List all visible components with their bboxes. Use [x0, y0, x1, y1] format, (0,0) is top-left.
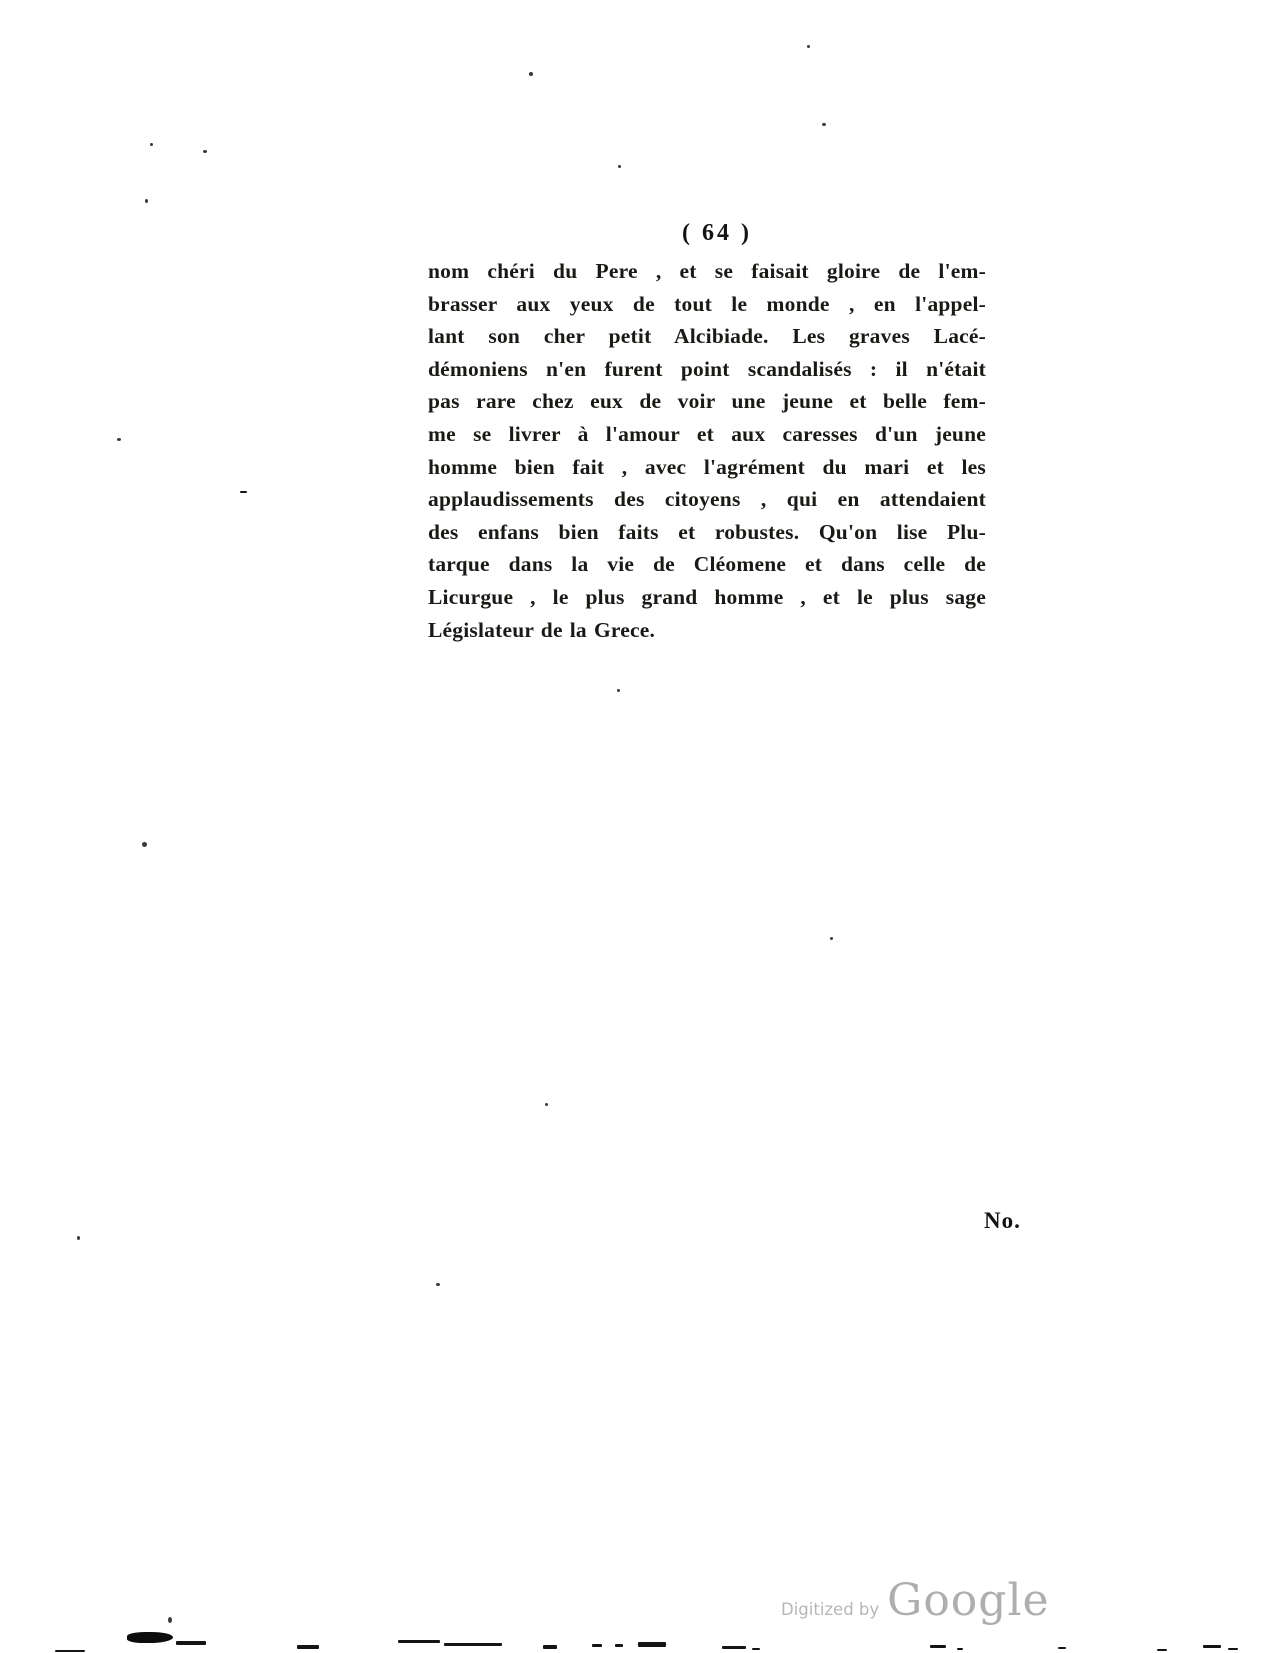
- text-line: démoniens n'en furent point scandalisés …: [428, 353, 986, 386]
- text-line: brasser aux yeux de tout le monde , en l…: [428, 288, 986, 321]
- scan-dash: [1058, 1647, 1066, 1649]
- scan-speck: [618, 165, 621, 168]
- scan-speck: [822, 123, 826, 126]
- scan-dash: [722, 1646, 746, 1649]
- text-line: applaudissements des citoyens , qui en a…: [428, 483, 986, 516]
- text-line: tarque dans la vie de Cléomene et dans c…: [428, 548, 986, 581]
- scan-speck: [545, 1103, 548, 1106]
- scan-dash: [930, 1645, 946, 1648]
- scan-dash: [1228, 1648, 1238, 1650]
- text-line: homme bien fait , avec l'agrément du mar…: [428, 451, 986, 484]
- scan-dash: [297, 1645, 319, 1649]
- scan-dash: [1157, 1649, 1167, 1651]
- scan-dash: [543, 1645, 557, 1649]
- scan-dash: [55, 1650, 85, 1652]
- scan-dash: [444, 1643, 502, 1646]
- scan-speck: [529, 72, 533, 76]
- scan-speck: [617, 689, 620, 692]
- scan-speck: [436, 1283, 440, 1286]
- scan-dash: [176, 1641, 206, 1645]
- scan-speck: [807, 45, 810, 48]
- google-logo: Google: [887, 1575, 1049, 1626]
- scanned-book-page: ( 64 ) nom chéri du Pere , et se faisait…: [0, 0, 1280, 1653]
- scan-dash: [592, 1644, 602, 1647]
- scan-blob: [127, 1632, 173, 1643]
- scan-speck: [77, 1236, 80, 1240]
- text-line: Licurgue , le plus grand homme , et le p…: [428, 581, 986, 614]
- scan-speck: [117, 438, 121, 441]
- scan-dash: [615, 1644, 623, 1647]
- text-line: nom chéri du Pere , et se faisait gloire…: [428, 255, 986, 288]
- scan-dash: [957, 1648, 963, 1650]
- text-line: me se livrer à l'amour et aux caresses d…: [428, 418, 986, 451]
- scan-speck: [830, 937, 833, 940]
- scan-dash: [638, 1642, 666, 1647]
- catchword: No.: [984, 1208, 1021, 1234]
- text-line: pas rare chez eux de voir une jeune et b…: [428, 385, 986, 418]
- scan-dash: [240, 491, 247, 493]
- text-line: lant son cher petit Alcibiade. Les grave…: [428, 320, 986, 353]
- scan-speck: [150, 143, 153, 146]
- google-watermark: Digitized by Google: [781, 1575, 1050, 1626]
- scan-speck: [168, 1617, 172, 1623]
- scan-dash: [398, 1640, 440, 1643]
- text-line: des enfans bien faits et robustes. Qu'on…: [428, 516, 986, 549]
- page-number: ( 64 ): [0, 220, 1280, 247]
- scan-speck: [203, 150, 207, 153]
- digitized-by-label: Digitized by: [781, 1600, 879, 1619]
- text-line: Législateur de la Grece.: [428, 614, 986, 647]
- scan-dash: [752, 1648, 760, 1650]
- scan-speck: [142, 842, 147, 847]
- body-text: nom chéri du Pere , et se faisait gloire…: [428, 255, 986, 646]
- scan-dash: [1203, 1645, 1221, 1648]
- scan-speck: [145, 199, 148, 203]
